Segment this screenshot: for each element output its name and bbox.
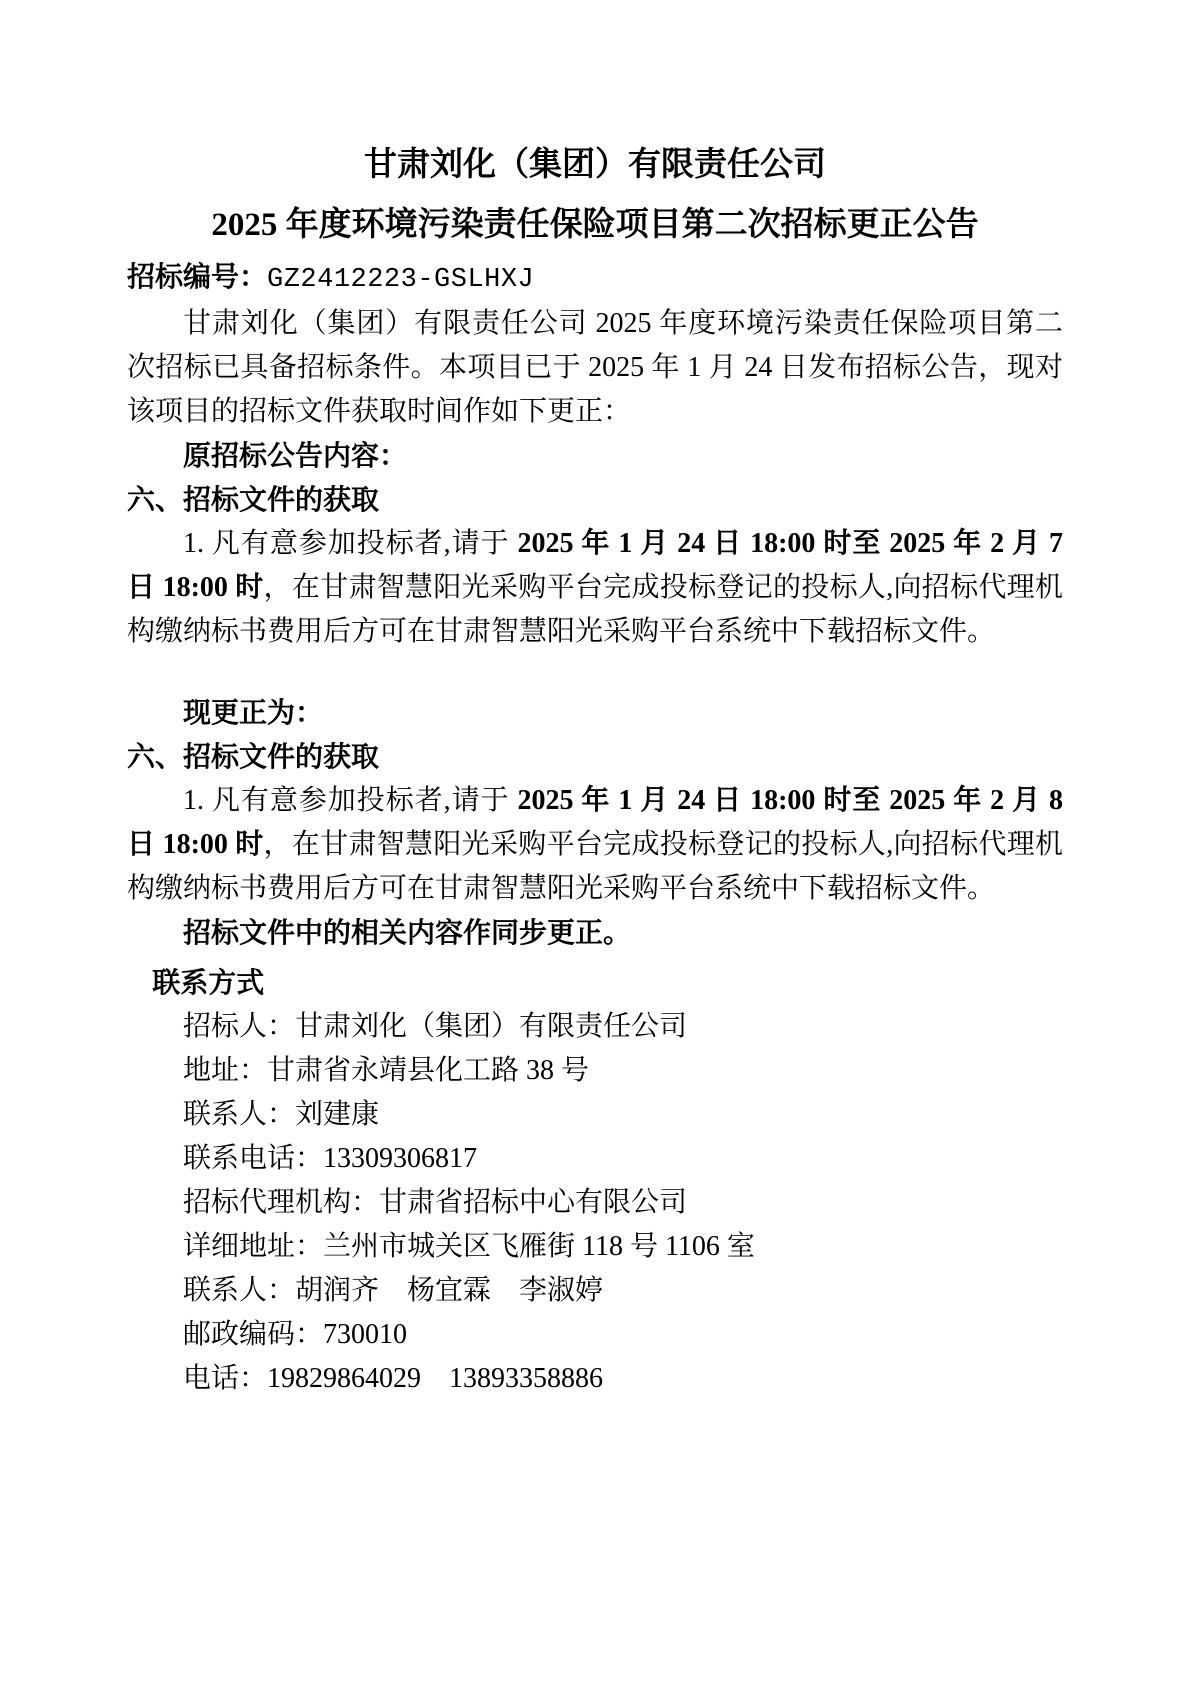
contact-line-agency-phones: 电话：19829864029 13893358886: [127, 1357, 1063, 1401]
document-title-line2: 2025 年度环境污染责任保险项目第二次招标更正公告: [127, 195, 1063, 255]
tender-number-value: GZ2412223-GSLHXJ: [267, 265, 534, 295]
contact-line-agency: 招标代理机构：甘肃省招标中心有限公司: [127, 1181, 1063, 1225]
original-item-paragraph: 1. 凡有意参加投标者,请于 2025 年 1 月 24 日 18:00 时至 …: [127, 522, 1063, 654]
tender-number-line: 招标编号：GZ2412223-GSLHXJ: [127, 255, 1063, 302]
original-content-heading: 原招标公告内容：: [127, 434, 1063, 478]
contact-line-phone: 联系电话：13309306817: [127, 1137, 1063, 1181]
intro-paragraph: 甘肃刘化（集团）有限责任公司 2025 年度环境污染责任保险项目第二次招标已具备…: [127, 302, 1063, 434]
document-title-line1: 甘肃刘化（集团）有限责任公司: [127, 135, 1063, 195]
contact-line-contact-person: 联系人：刘建康: [127, 1093, 1063, 1137]
original-item-suffix: ，在甘肃智慧阳光采购平台完成投标登记的投标人,向招标代理机构缴纳标书费用后方可在…: [127, 572, 1063, 647]
contact-line-postal-code: 邮政编码：730010: [127, 1313, 1063, 1357]
contact-section-heading: 联系方式: [127, 961, 1063, 1005]
contact-line-address: 地址：甘肃省永靖县化工路 38 号: [127, 1049, 1063, 1093]
tender-number-label: 招标编号：: [127, 260, 267, 293]
contact-line-tenderer: 招标人：甘肃刘化（集团）有限责任公司: [127, 1005, 1063, 1049]
corrected-item-prefix: 1. 凡有意参加投标者,请于: [183, 785, 517, 816]
original-item-prefix: 1. 凡有意参加投标者,请于: [183, 528, 517, 559]
correction-heading: 现更正为：: [127, 691, 1063, 735]
corrected-section-heading: 六、招标文件的获取: [127, 735, 1063, 779]
sync-correction-note: 招标文件中的相关内容作同步更正。: [127, 911, 1063, 955]
original-section-heading: 六、招标文件的获取: [127, 478, 1063, 522]
corrected-item-paragraph: 1. 凡有意参加投标者,请于 2025 年 1 月 24 日 18:00 时至 …: [127, 779, 1063, 911]
contact-line-agency-address: 详细地址：兰州市城关区飞雁街 118 号 1106 室: [127, 1225, 1063, 1269]
corrected-item-suffix: ，在甘肃智慧阳光采购平台完成投标登记的投标人,向招标代理机构缴纳标书费用后方可在…: [127, 829, 1063, 904]
document-page: 甘肃刘化（集团）有限责任公司 2025 年度环境污染责任保险项目第二次招标更正公…: [0, 0, 1191, 1684]
contact-line-agency-contacts: 联系人：胡润齐 杨宜霖 李淑婷: [127, 1269, 1063, 1313]
